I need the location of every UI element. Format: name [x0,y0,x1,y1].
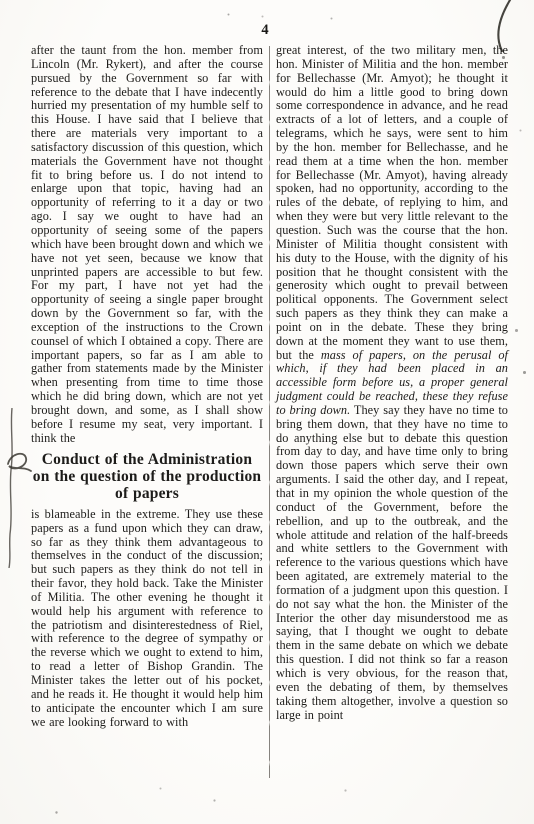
right-paragraph-regular-text-continued: They say they have no time to bring them… [276,403,508,722]
section-heading-line-3: of papers [31,486,263,503]
right-column-paragraph: great interest, of the two military men,… [276,44,508,722]
scan-speckles [0,0,1,1]
section-heading-line-1: Conduct of the Administration [31,452,263,469]
right-column: great interest, of the two military men,… [276,44,508,729]
right-paragraph-regular-text: great interest, of the two military men,… [276,43,508,362]
text-columns: after the taunt from the hon. member fro… [31,44,508,729]
scanned-page: 4 after the taunt from the hon. member f… [0,0,534,824]
section-heading: Conduct of the Administration on the que… [31,452,263,502]
section-heading-line-2: on the question of the production [31,469,263,486]
left-column-paragraph-2: is blameable in the extreme. They use th… [31,508,263,730]
left-column-paragraph-1: after the taunt from the hon. member fro… [31,44,263,445]
left-column: after the taunt from the hon. member fro… [31,44,263,729]
page-number: 4 [250,22,280,39]
